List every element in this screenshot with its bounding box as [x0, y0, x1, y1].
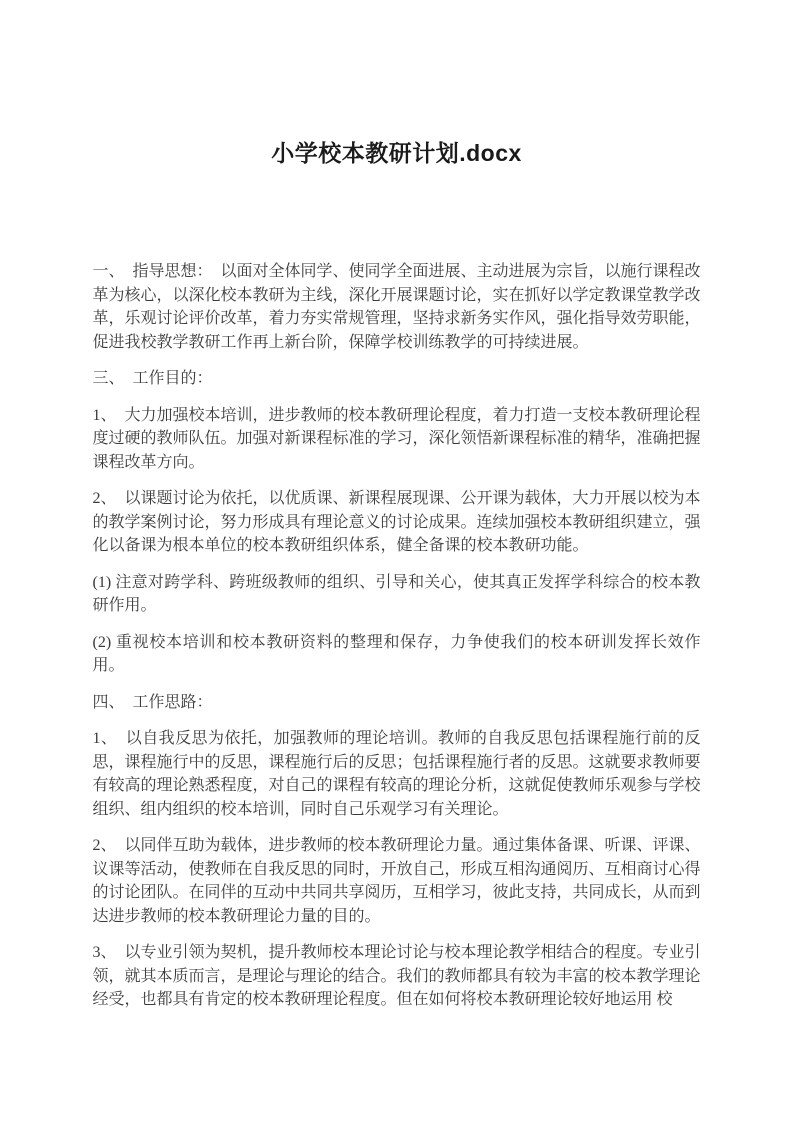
paragraph-objective-2: 2、 以课题讨论为依托，以优质课、新课程展现课、公开课为载体，大力开展以校为本的… [93, 487, 701, 558]
paragraph-objective-sub-1: (1) 注意对跨学科、跨班级教师的组织、引导和关心，使其真正发挥学科综合的校本教… [93, 571, 701, 618]
paragraph-approach-1: 1、 以自我反思为依托，加强教师的理论培训。教师的自我反思包括课程施行前的反思，… [93, 727, 701, 821]
paragraph-approach-3: 3、 以专业引领为契机，提升教师校本理论讨论与校本理论教学相结合的程度。专业引领… [93, 941, 701, 1012]
paragraph-approach-2: 2、 以同伴互助为载体，进步教师的校本教研理论力量。通过集体备课、听课、评课、议… [93, 834, 701, 928]
document-page: 小学校本教研计划.docx 一、 指导思想： 以面对全体同学、使同学全面进展、主… [0, 0, 793, 1122]
paragraph-objective-1: 1、 大力加强校本培训，进步教师的校本教研理论程度，着力打造一支校本教研理论程度… [93, 404, 701, 475]
paragraph-objective-sub-2: (2) 重视校本培训和校本教研资料的整理和保存，力争使我们的校本研训发挥长效作用… [93, 631, 701, 678]
document-title: 小学校本教研计划.docx [0, 138, 793, 168]
paragraph-guiding-ideology: 一、 指导思想： 以面对全体同学、使同学全面进展、主动进展为宗旨，以施行课程改革… [93, 260, 701, 354]
paragraph-heading-work-objectives: 三、 工作目的： [93, 367, 701, 391]
document-body: 一、 指导思想： 以面对全体同学、使同学全面进展、主动进展为宗旨，以施行课程改革… [93, 260, 701, 1012]
paragraph-heading-work-approach: 四、 工作思路： [93, 691, 701, 715]
